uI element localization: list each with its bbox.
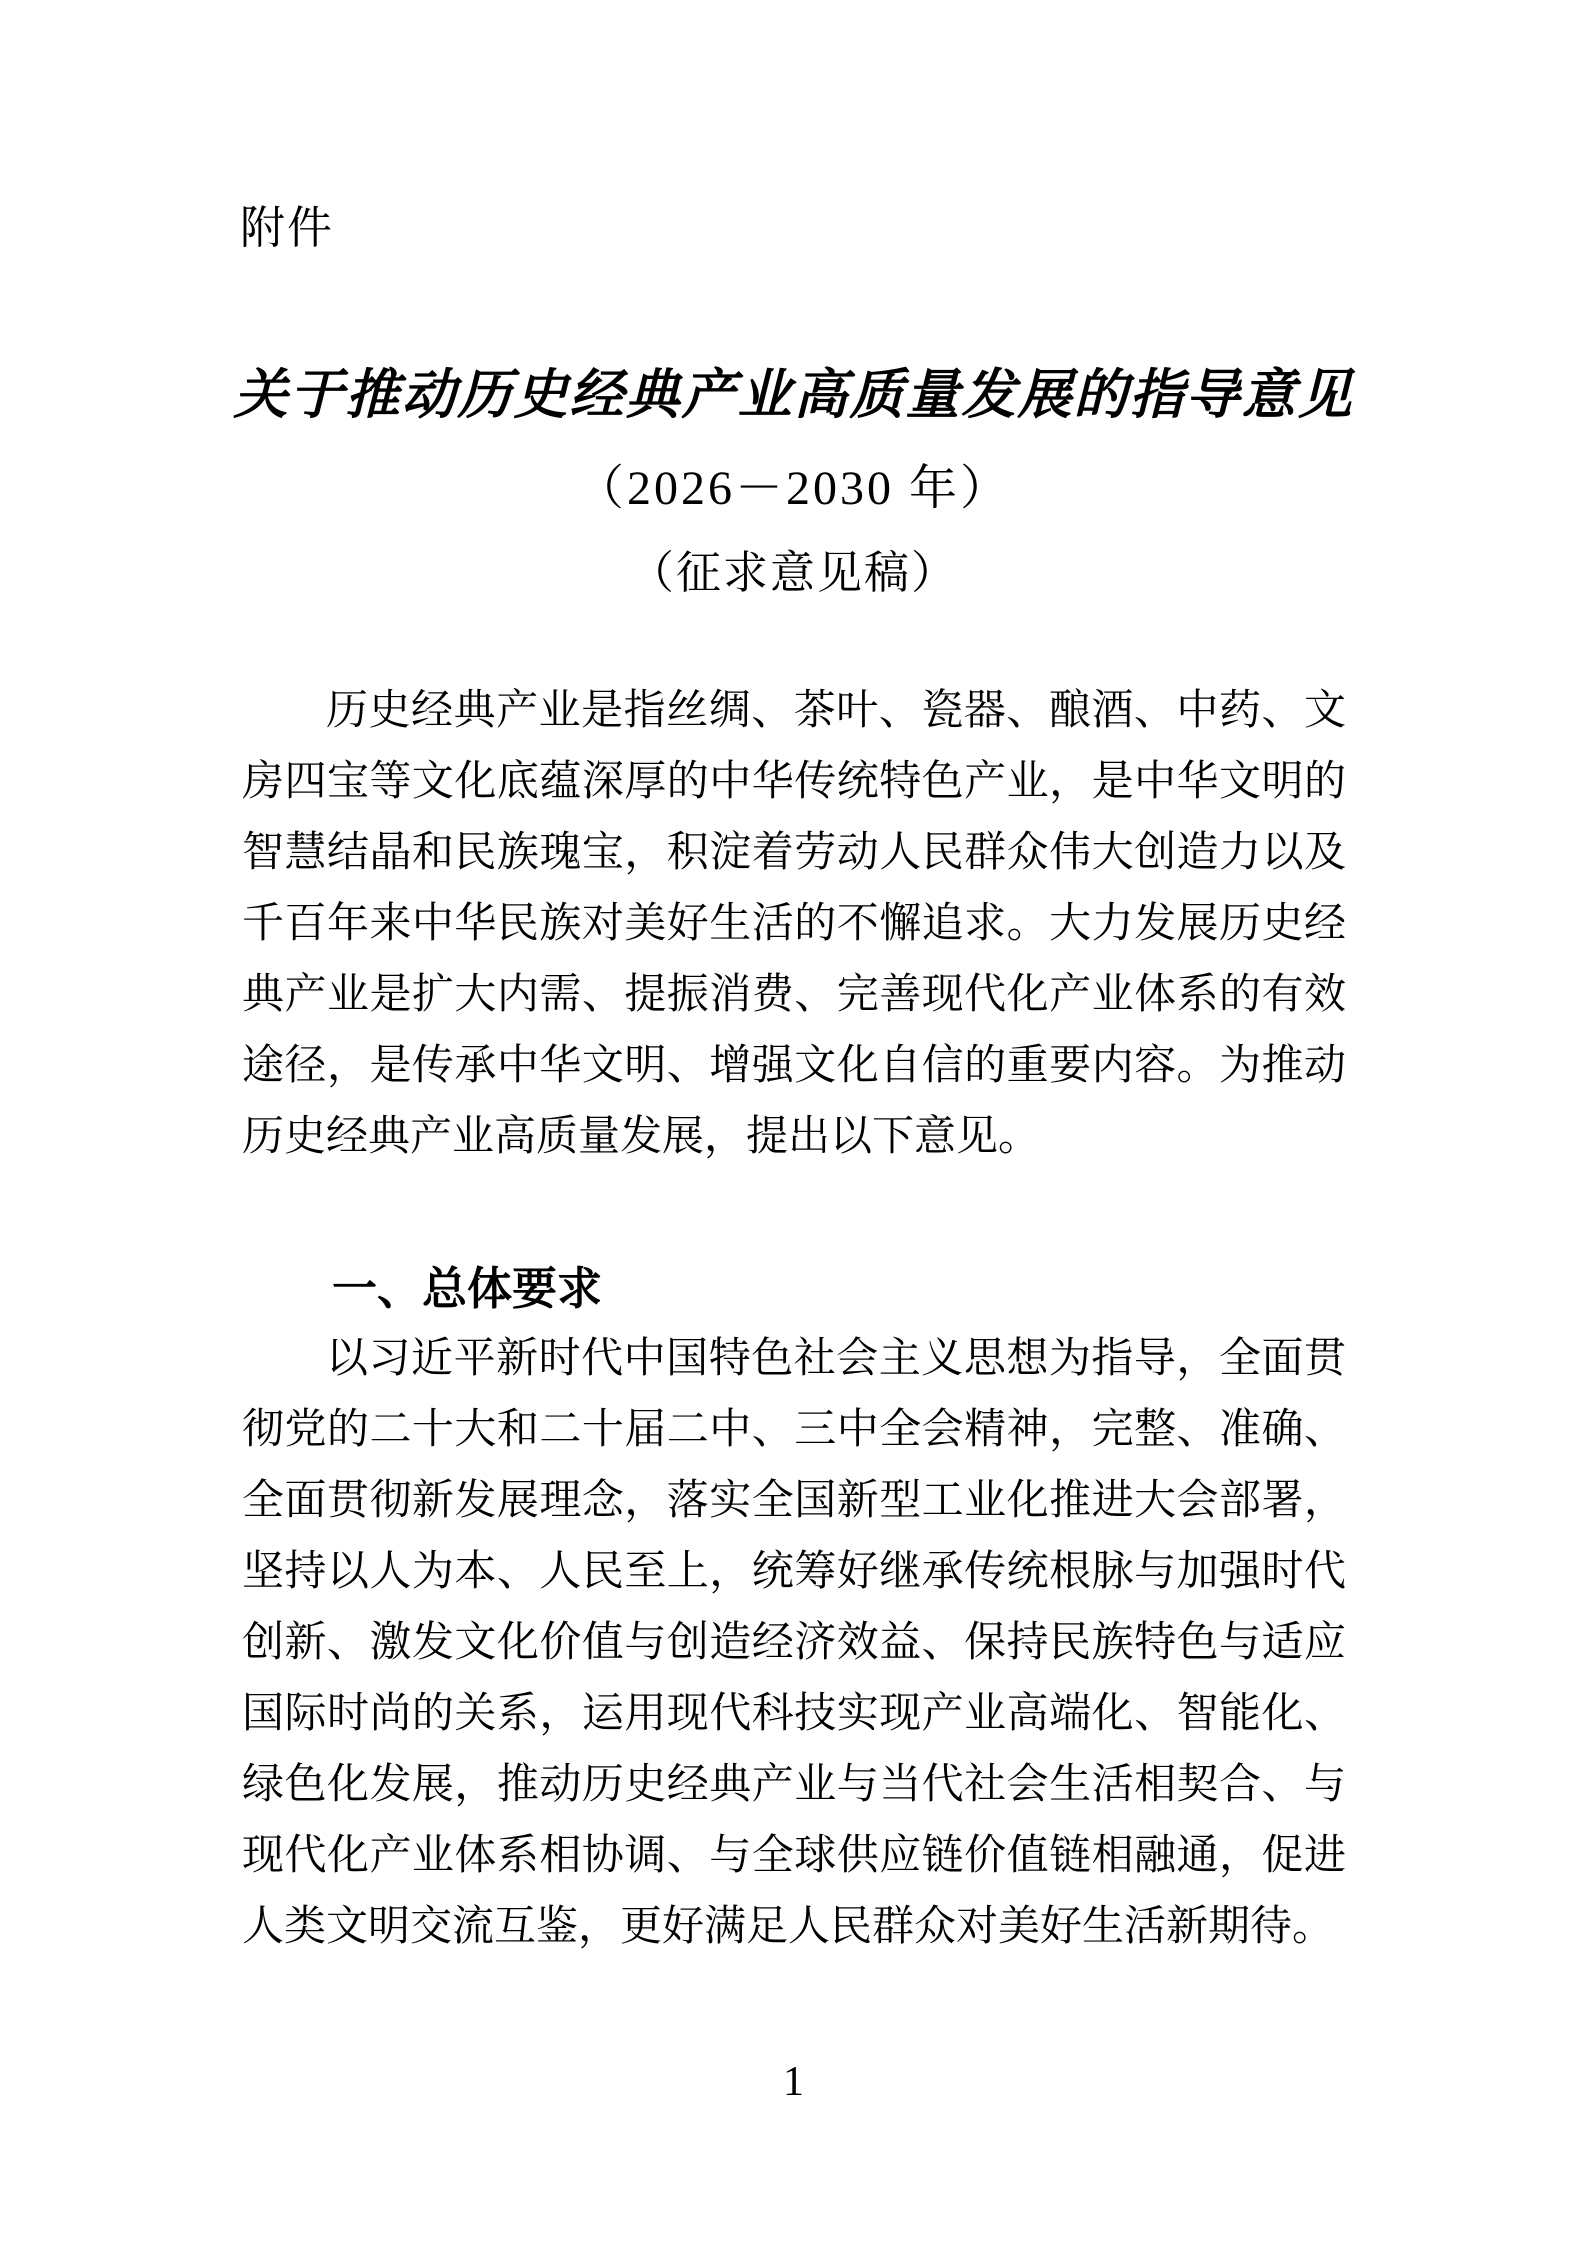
paragraph-general-requirements: 以习近平新时代中国特色社会主义思想为指导，全面贯彻党的二十大和二十届二中、三中全… <box>242 1324 1346 1963</box>
document-draft-note: （征求意见稿） <box>0 536 1587 601</box>
document-body: 历史经典产业是指丝绸、茶叶、瓷器、酿酒、中药、文房四宝等文化底蕴深厚的中华传统特… <box>242 676 1346 1963</box>
document-page: 附件 关于推动历史经典产业高质量发展的指导意见 （2026－2030 年） （征… <box>0 0 1587 2245</box>
document-title: 关于推动历史经典产业高质量发展的指导意见 <box>0 352 1587 429</box>
paragraph-intro: 历史经典产业是指丝绸、茶叶、瓷器、酿酒、中药、文房四宝等文化底蕴深厚的中华传统特… <box>242 676 1346 1173</box>
section-heading-general-requirements: 一、总体要求 <box>242 1253 1346 1324</box>
document-year-range: （2026－2030 年） <box>0 449 1587 518</box>
page-number: 1 <box>0 2058 1587 2106</box>
attachment-label: 附件 <box>240 203 334 253</box>
